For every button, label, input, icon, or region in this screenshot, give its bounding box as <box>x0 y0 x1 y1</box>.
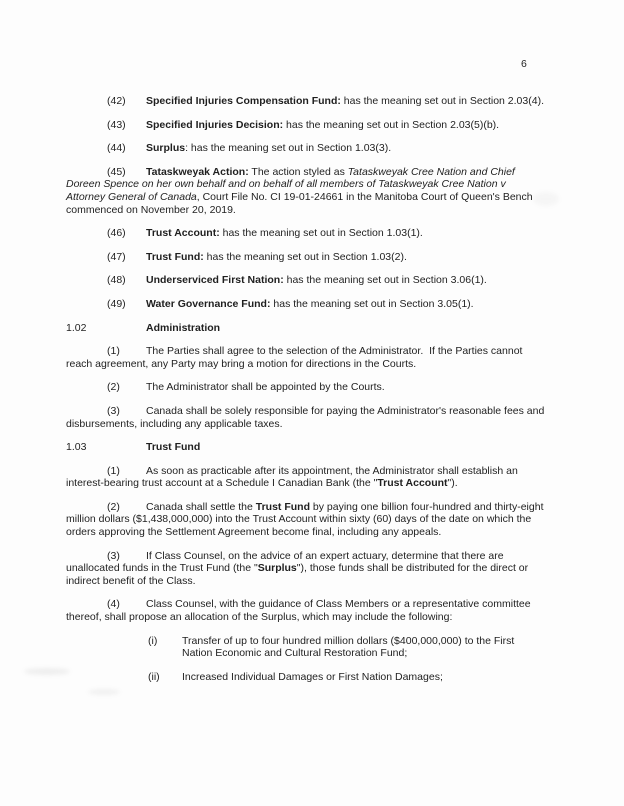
definition-42: (42)Specified Injuries Compensation Fund… <box>66 95 546 108</box>
paragraph-text: The Administrator shall be appointed by … <box>146 381 385 393</box>
list-number: (49) <box>107 298 146 311</box>
section-title: Administration <box>146 322 220 334</box>
section-1-02-para-3: (3)Canada shall be solely responsible fo… <box>66 405 546 430</box>
section-1-03-para-2: (2)Canada shall settle the Trust Fund by… <box>66 501 546 539</box>
paragraph-text: Transfer of up to four hundred million d… <box>182 635 514 660</box>
list-number: (3) <box>107 405 146 418</box>
scanned-document-page: 6 (42)Specified Injuries Compensation Fu… <box>0 0 624 806</box>
section-1-02-para-2: (2)The Administrator shall be appointed … <box>66 381 546 394</box>
section-heading-1-03: 1.03Trust Fund <box>66 441 546 454</box>
list-number: (48) <box>107 274 146 287</box>
list-number: (1) <box>107 465 146 478</box>
section-number: 1.03 <box>66 441 146 454</box>
paragraph-text: "). <box>448 477 458 489</box>
definition-text: has the meaning set out in Section 2.03(… <box>341 95 544 107</box>
list-number: (42) <box>107 95 146 108</box>
section-title: Trust Fund <box>146 441 200 453</box>
section-1-03-para-1: (1)As soon as practicable after its appo… <box>66 465 546 490</box>
section-1-03-subitem-ii: (ii)Increased Individual Damages or Firs… <box>148 671 546 684</box>
defined-term: Surplus <box>258 562 297 574</box>
definition-47: (47)Trust Fund: has the meaning set out … <box>66 251 546 264</box>
list-number: (4) <box>107 598 146 611</box>
scan-smudge <box>533 192 559 206</box>
list-number: (43) <box>107 119 146 132</box>
scan-smudge <box>24 668 70 675</box>
defined-term: Water Governance Fund: <box>146 298 270 310</box>
list-number: (46) <box>107 227 146 240</box>
list-number: (45) <box>107 166 146 179</box>
definition-text: : has the meaning set out in Section 1.0… <box>185 142 391 154</box>
section-heading-1-02: 1.02Administration <box>66 322 546 335</box>
section-1-03-subitem-i: (i)Transfer of up to four hundred millio… <box>148 635 546 660</box>
list-number: (2) <box>107 381 146 394</box>
section-1-03-para-3: (3)If Class Counsel, on the advice of an… <box>66 550 546 588</box>
list-number: (47) <box>107 251 146 264</box>
defined-term: Tataskweyak Action: <box>146 166 249 178</box>
defined-term: Trust Fund <box>256 501 310 513</box>
defined-term: Trust Account <box>377 477 447 489</box>
definition-text: The action styled as <box>249 166 348 178</box>
list-number: (ii) <box>148 671 182 684</box>
defined-term: Surplus <box>146 142 185 154</box>
defined-term: Trust Fund: <box>146 251 204 263</box>
list-number: (44) <box>107 142 146 155</box>
section-number: 1.02 <box>66 322 146 335</box>
list-number: (1) <box>107 345 146 358</box>
list-number: (3) <box>107 550 146 563</box>
definition-49: (49)Water Governance Fund: has the meani… <box>66 298 546 311</box>
defined-term: Specified Injuries Decision: <box>146 119 283 131</box>
list-number: (i) <box>148 635 182 648</box>
defined-term: Specified Injuries Compensation Fund: <box>146 95 341 107</box>
document-content: (42)Specified Injuries Compensation Fund… <box>0 95 546 683</box>
scan-smudge <box>88 689 120 695</box>
definition-43: (43)Specified Injuries Decision: has the… <box>66 119 546 132</box>
definition-text: has the meaning set out in Section 3.06(… <box>284 274 487 286</box>
defined-term: Underserviced First Nation: <box>146 274 284 286</box>
definition-text: has the meaning set out in Section 1.03(… <box>220 227 423 239</box>
definition-text: has the meaning set out in Section 3.05(… <box>270 298 473 310</box>
paragraph-text: Canada shall settle the <box>146 501 256 513</box>
defined-term: Trust Account: <box>146 227 220 239</box>
definition-45: (45)Tataskweyak Action: The action style… <box>66 166 546 216</box>
definition-48: (48)Underserviced First Nation: has the … <box>66 274 546 287</box>
section-1-03-para-4: (4)Class Counsel, with the guidance of C… <box>66 598 546 623</box>
definition-text: has the meaning set out in Section 2.03(… <box>283 119 499 131</box>
paragraph-text: Increased Individual Damages or First Na… <box>182 671 443 683</box>
definition-46: (46)Trust Account: has the meaning set o… <box>66 227 546 240</box>
page-number: 6 <box>521 58 527 71</box>
definition-text: has the meaning set out in Section 1.03(… <box>204 251 407 263</box>
list-number: (2) <box>107 501 146 514</box>
definition-44: (44)Surplus: has the meaning set out in … <box>66 142 546 155</box>
section-1-02-para-1: (1)The Parties shall agree to the select… <box>66 345 546 370</box>
